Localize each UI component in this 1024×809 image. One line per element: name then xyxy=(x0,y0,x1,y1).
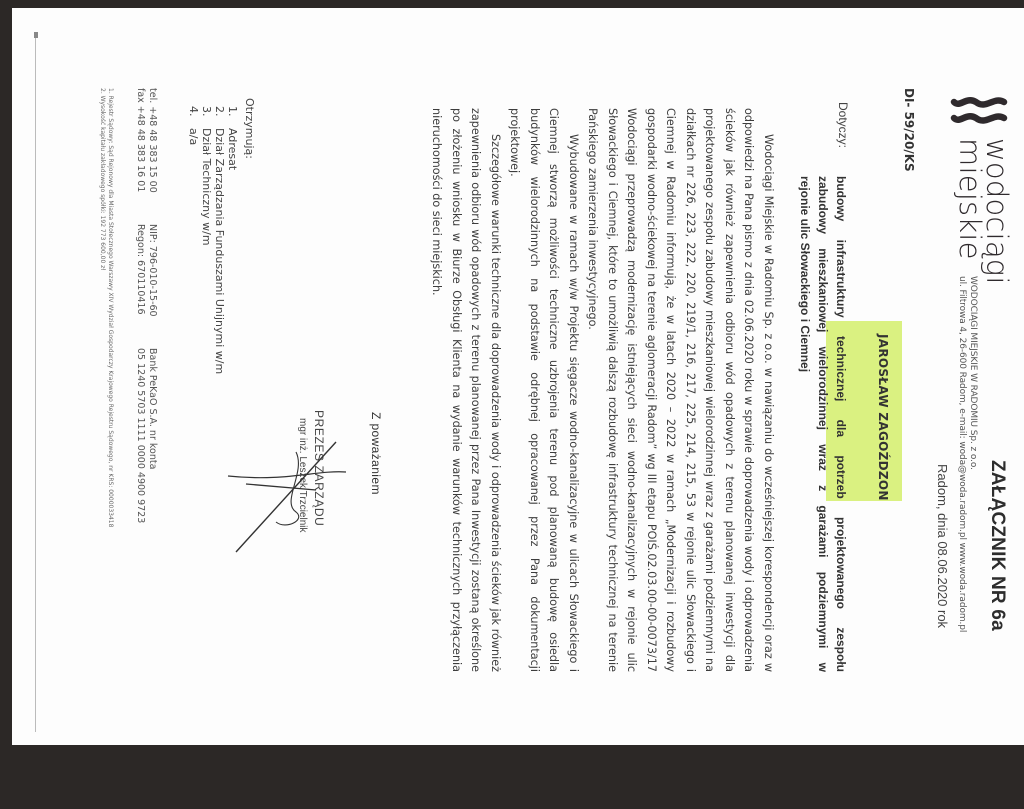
footer-bank-account: 05 1240 5703 1111 0000 4900 9723 xyxy=(134,348,146,523)
company-address: ul. Filtrowa 4, 26-600 Radom, e-mail: wo… xyxy=(956,276,967,632)
subject-label: Dotyczy: xyxy=(836,102,850,148)
addressee-name: JAROSŁAW ZAGOŹDZON xyxy=(876,334,890,501)
brand-logo-text: wodociągi miejskie xyxy=(956,138,1010,285)
reference-number: DI- 59/20/KS xyxy=(902,88,916,172)
recipient-item: Dział Zarządzania Funduszami Unijnymi w/… xyxy=(213,120,226,374)
footer-nip: NIP: 796-010-15-60 xyxy=(146,224,158,317)
handwritten-signature-icon xyxy=(226,412,356,592)
closing-salutation: Z poważaniem xyxy=(369,412,383,495)
scanned-letter-page: wodociągi miejskie WODOCIĄGI MIEJSKIE W … xyxy=(12,8,1024,745)
body-paragraph: Szczegółowe warunki techniczne dla dopro… xyxy=(427,108,505,672)
annex-label: ZAŁĄCZNIK NR 6a xyxy=(986,460,1008,631)
page-bottom-mark xyxy=(34,32,38,38)
place-date: Radom, dnia 08.06.2020 rok xyxy=(935,464,950,628)
footer-tel: tel. +48 48 383 15 00 xyxy=(146,88,158,193)
subject-line: zabudowy mieszkaniowej wielorodzinnej wr… xyxy=(814,176,832,672)
footer-bank-name: Bank PeKaO S.A. nr konta xyxy=(146,348,158,523)
footer-fax: fax +48 48 383 16 01 xyxy=(134,88,146,193)
company-info: WODOCIĄGI MIEJSKIE W RADOMIU Sp. z o.o. … xyxy=(956,276,978,632)
recipient-item: a/a xyxy=(187,120,200,374)
company-name: WODOCIĄGI MIEJSKIE W RADOMIU Sp. z o.o. xyxy=(967,276,978,632)
water-waves-icon xyxy=(950,94,1008,134)
brand-line-1: wodociągi xyxy=(983,138,1010,285)
recipients-heading: Otrzymują: xyxy=(243,98,256,374)
subject-line: budowy infrastruktury technicznej dla po… xyxy=(832,176,850,672)
legal-footnotes: 1. Rejestr Sądowy: Sąd Rejonowy dla Mias… xyxy=(98,88,114,527)
recipient-item: Adresat xyxy=(226,120,239,374)
letter-body: Wodociągi Miejskie w Radomiu Sp. z o.o. … xyxy=(427,108,778,672)
subject-text: budowy infrastruktury technicznej dla po… xyxy=(796,176,850,672)
subject-line: rejonie ulic Słowackiego i Ciemnej xyxy=(796,176,814,672)
footnote-2: 2. Wysokość kapitału zakładowego spółki:… xyxy=(98,88,106,527)
footer-regon: Regon: 670110416 xyxy=(134,224,146,317)
recipients-list: Otrzymują: Adresat Dział Zarządzania Fun… xyxy=(187,98,256,374)
recipient-item: Dział Techniczny w/m xyxy=(200,120,213,374)
footnote-1: 1. Rejestr Sądowy: Sąd Rejonowy dla Mias… xyxy=(106,88,114,527)
brand-line-2: miejskie xyxy=(956,138,983,285)
body-paragraph: Wybudowane w ramach w/w Projektu sięgacz… xyxy=(505,108,583,672)
page-bottom-rule xyxy=(35,32,36,732)
body-paragraph: Wodociągi Miejskie w Radomiu Sp. z o.o. … xyxy=(583,108,778,672)
